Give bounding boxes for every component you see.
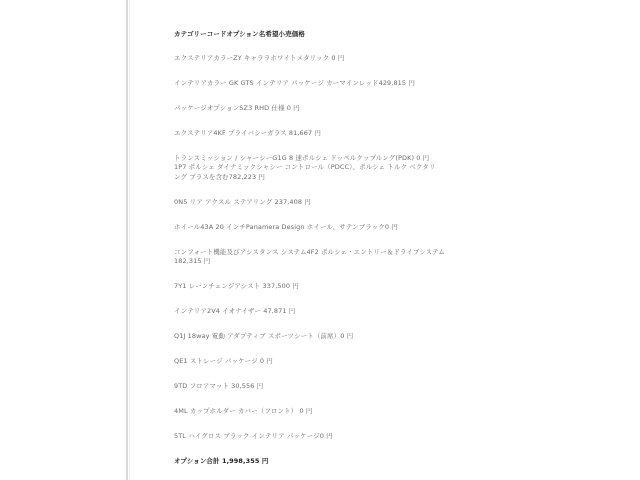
item-text: Q1J 18way 電動 アダプティブ スポーツシート（前席）0 円 — [174, 332, 353, 340]
item-text-line: 1P7 ポルシェ ダイナミックシャシー コントロール（PDCC）、ポルシェ トル… — [174, 163, 474, 173]
item-text: エクステリアカラーZY キャララホワイトメタリック 0 円 — [174, 54, 344, 62]
item-text: 7Y1 レーンチェンジアシスト 337,500 円 — [174, 282, 299, 290]
list-item: パッケージオプションSZ3 RHD 仕様 0 円 — [174, 104, 474, 114]
page-edge-shadow — [129, 0, 130, 480]
list-item: インテリア2V4 イオナイザー 47,871 円 — [174, 307, 474, 317]
item-text: 9TD フロアマット 30,556 円 — [174, 382, 263, 390]
item-text: ホイール43A 20 インチPanamera Design ホイール、サテンブラ… — [174, 223, 398, 231]
list-item: トランスミッション / シャーシーG1G 8 速ポルシェ ドッペルクップルング(… — [174, 154, 474, 183]
item-text: インテリアカラー GK GTS インテリア パッケージ カーマインレッド429,… — [174, 79, 415, 87]
list-item: ホイール43A 20 インチPanamera Design ホイール、サテンブラ… — [174, 223, 474, 233]
item-text: 0N5 リア アクスル ステアリング 237,408 円 — [174, 198, 311, 206]
list-item: 0N5 リア アクスル ステアリング 237,408 円 — [174, 198, 474, 208]
list-item: 9TD フロアマット 30,556 円 — [174, 382, 474, 392]
list-header: カテゴリーコードオプション名希望小売価格 — [174, 30, 474, 40]
list-item: エクステリア4KF プライバシーガラス 81,667 円 — [174, 129, 474, 139]
list-item: QE1 ストレージ パッケージ 0 円 — [174, 357, 474, 367]
item-text: 5TL ハイグロス ブラック インテリア パッケージ0 円 — [174, 432, 333, 440]
list-item: Q1J 18way 電動 アダプティブ スポーツシート（前席）0 円 — [174, 332, 474, 342]
item-text: パッケージオプションSZ3 RHD 仕様 0 円 — [174, 104, 300, 112]
item-text: QE1 ストレージ パッケージ 0 円 — [174, 357, 273, 365]
item-text: 4ML カップホルダー カバー（フロント） 0 円 — [174, 407, 312, 415]
item-text-line: トランスミッション / シャーシーG1G 8 速ポルシェ ドッペルクップルング(… — [174, 154, 474, 164]
item-text-line: 182,315 円 — [174, 257, 474, 267]
list-item: インテリアカラー GK GTS インテリア パッケージ カーマインレッド429,… — [174, 79, 474, 89]
item-text-line: コンフォート機能及びアシスタンス システム4F2 ポルシェ・エントリー＆ドライブ… — [174, 248, 474, 258]
options-total: オプション合計 1,998,355 円 — [174, 457, 474, 467]
list-item: エクステリアカラーZY キャララホワイトメタリック 0 円 — [174, 54, 474, 64]
item-text: インテリア2V4 イオナイザー 47,871 円 — [174, 307, 295, 315]
list-item: 5TL ハイグロス ブラック インテリア パッケージ0 円 — [174, 432, 474, 442]
item-text-line: ング プラスを含む782,223 円 — [174, 173, 474, 183]
list-item: 7Y1 レーンチェンジアシスト 337,500 円 — [174, 282, 474, 292]
option-price-list: カテゴリーコードオプション名希望小売価格 エクステリアカラーZY キャララホワイ… — [174, 30, 474, 467]
list-item: 4ML カップホルダー カバー（フロント） 0 円 — [174, 407, 474, 417]
list-item: コンフォート機能及びアシスタンス システム4F2 ポルシェ・エントリー＆ドライブ… — [174, 248, 474, 267]
item-text: エクステリア4KF プライバシーガラス 81,667 円 — [174, 129, 321, 137]
page-edge-line — [126, 0, 128, 480]
